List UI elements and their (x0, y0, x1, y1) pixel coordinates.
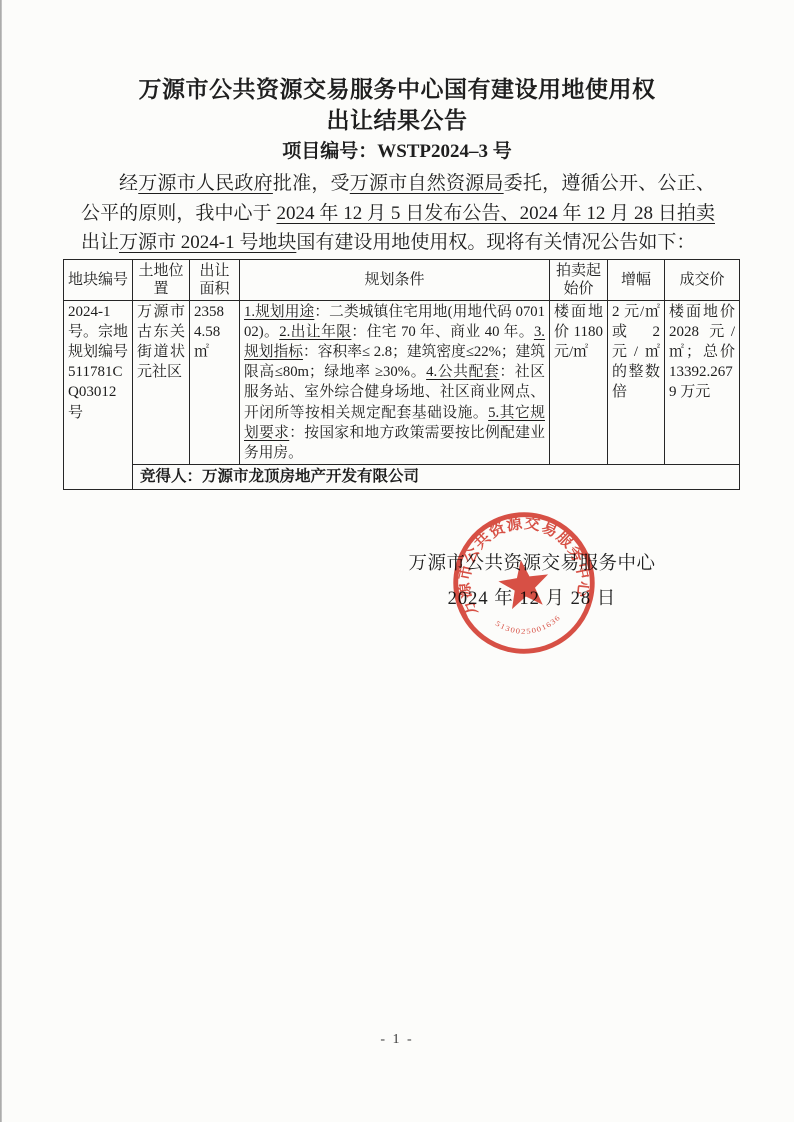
col-header-planning: 规划条件 (240, 259, 550, 300)
col-header-area: 出让面积 (190, 259, 240, 300)
scan-edge-artifact (0, 0, 2, 1122)
underlined-text: 万源市 2024-1 号地块 (119, 232, 296, 253)
plain-text: ：按国家和地方政策需要按比例配建业务用房。 (244, 425, 545, 461)
plain-text: 经 (119, 173, 138, 194)
plain-text: 出让 (81, 232, 119, 253)
project-number: 项目编号：WSTP2024–3 号 (0, 139, 794, 164)
document-title: 万源市公共资源交易服务中心国有建设用地使用权 出让结果公告 (0, 0, 794, 136)
cell-location: 万源市古东关街道状元社区 (133, 300, 190, 465)
intro-paragraph: 经万源市人民政府批准，受万源市自然资源局委托，遵循公开、公正、公平的原则，我中心… (81, 169, 715, 258)
underlined-text: 2.出让年限 (279, 324, 351, 340)
cell-increment: 2 元/㎡或 2 元/㎡的整数倍 (608, 300, 665, 465)
underlined-text: 万源市自然资源局 (350, 173, 504, 194)
seal-star-icon (496, 556, 552, 610)
cell-planning-conditions: 1.规划用途：二类城镇住宅用地(用地代码 070102)。2.出让年限：住宅 7… (240, 300, 550, 465)
plain-text: 国有建设用地使用权。现将有关情况公告如下： (296, 232, 695, 253)
title-line-2: 出让结果公告 (0, 105, 794, 136)
col-header-location: 土地位置 (133, 259, 190, 300)
underlined-text: 1.规划用途 (244, 304, 314, 320)
col-header-increment: 增幅 (608, 259, 665, 300)
cell-start-price: 楼面地价 1180 元/㎡ (550, 300, 608, 465)
auction-result-table: 地块编号 土地位置 出让面积 规划条件 拍卖起始价 增幅 成交价 2024-1 … (63, 259, 740, 491)
document-page: 万源市公共资源交易服务中心国有建设用地使用权 出让结果公告 项目编号：WSTP2… (0, 0, 794, 1122)
table-winner-row: 竞得人：万源市龙顶房地产开发有限公司 (64, 465, 740, 490)
plain-text: ：住宅 70 年、商业 40 年。 (351, 324, 534, 340)
table-header-row: 地块编号 土地位置 出让面积 规划条件 拍卖起始价 增幅 成交价 (64, 259, 740, 300)
svg-text:5130025001636: 5130025001636 (493, 610, 564, 640)
cell-area: 23584.58㎡ (190, 300, 240, 465)
plain-text: 批准，受 (273, 173, 350, 194)
cell-plot-no: 2024-1 号。宗地规划编号 511781CQ03012 号 (64, 300, 133, 490)
underlined-text: 万源市人民政府 (138, 173, 273, 194)
title-line-1: 万源市公共资源交易服务中心国有建设用地使用权 (0, 74, 794, 105)
official-seal: 万源市公共资源交易服务中心 5130025001636 (436, 495, 612, 671)
cell-winner: 竞得人：万源市龙顶房地产开发有限公司 (133, 465, 740, 490)
underlined-text: 4.公共配套 (426, 364, 499, 380)
col-header-plot-no: 地块编号 (64, 259, 133, 300)
table-data-row: 2024-1 号。宗地规划编号 511781CQ03012 号 万源市古东关街道… (64, 300, 740, 465)
cell-deal-price: 楼面地价 2028 元/㎡；总价 13392.2679 万元 (665, 300, 740, 465)
page-number: - 1 - (0, 1032, 794, 1048)
underlined-text: 2024 年 12 月 5 日发布公告、2024 年 12 月 28 日拍卖 (277, 203, 715, 224)
seal-code-text: 5130025001636 (493, 610, 564, 640)
col-header-deal-price: 成交价 (665, 259, 740, 300)
col-header-start-price: 拍卖起始价 (550, 259, 608, 300)
